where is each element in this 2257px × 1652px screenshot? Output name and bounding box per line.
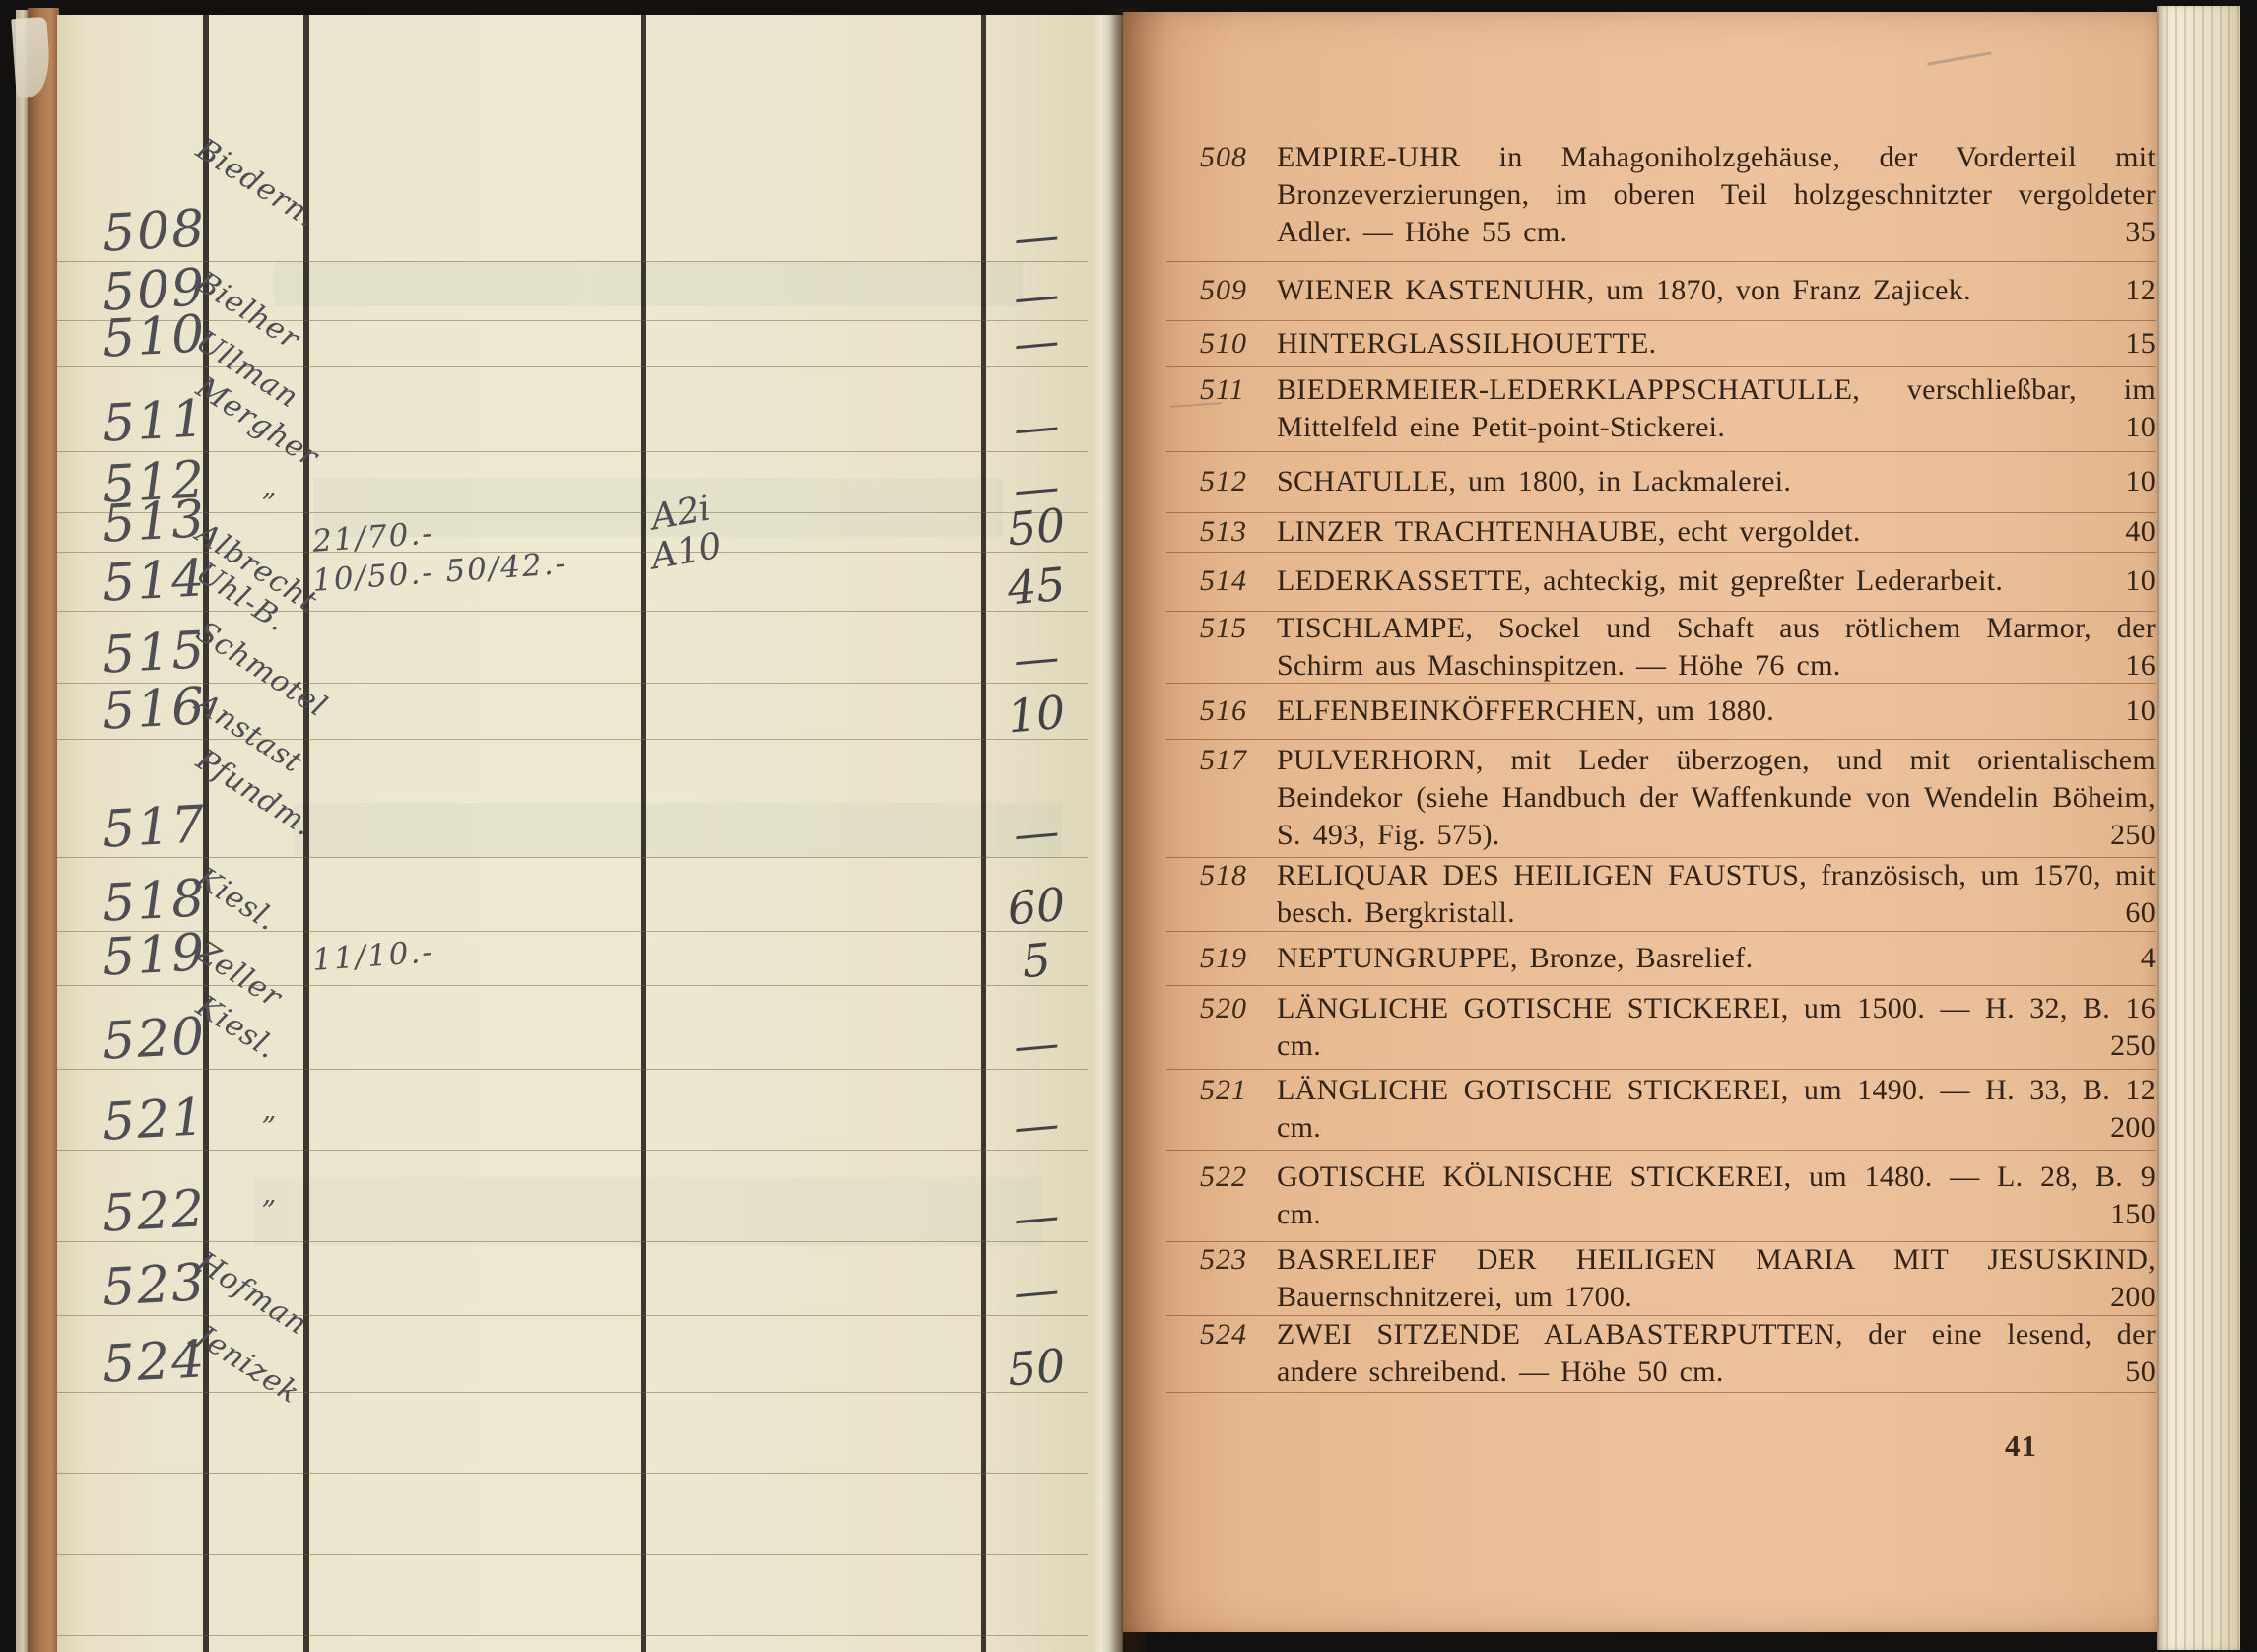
catalog-lot-number: 524 <box>1200 1316 1261 1354</box>
catalog-entry: 517 PULVERHORN, mit Leder überzogen, und… <box>1166 739 2156 858</box>
catalog-entry: 513 LINZER TRACHTENHAUBE, echt vergoldet… <box>1166 512 2156 553</box>
catalog-description-text: LEDERKASSETTE, achteckig, mit gepreßter … <box>1277 564 2003 597</box>
ledger-result-mark: 50 <box>983 500 1090 555</box>
catalog-lot-number: 522 <box>1200 1158 1261 1196</box>
catalog-description-text: LÄNGLICHE GOTISCHE STICKEREI, um 1500. —… <box>1277 992 2156 1062</box>
catalog-entry: 509 WIENER KASTENUHR, um 1870, von Franz… <box>1166 261 2156 321</box>
catalog-description: ELFENBEINKÖFFERCHEN, um 1880.10 <box>1277 693 2156 730</box>
catalog-entry: 510 HINTERGLASSILHOUETTE.15 <box>1166 320 2156 367</box>
catalog-price: 10 <box>2125 562 2156 600</box>
catalog-price: 35 <box>2125 214 2156 251</box>
catalog-lot-number: 521 <box>1200 1072 1261 1109</box>
ledger-result-mark: — <box>983 1264 1090 1318</box>
ledger-ditto-mark: „ <box>262 1177 278 1210</box>
catalog-price: 150 <box>2110 1196 2156 1233</box>
ledger-result-mark: — <box>983 1190 1090 1244</box>
catalog-lot-number: 512 <box>1200 463 1261 500</box>
catalog-description: ZWEI SITZENDE ALABASTERPUTTEN, der eine … <box>1277 1316 2156 1391</box>
catalog-description-text: ELFENBEINKÖFFERCHEN, um 1880. <box>1277 694 1774 727</box>
catalog-entry: 515 TISCHLAMPE, Sockel und Schaft aus rö… <box>1166 611 2156 684</box>
ledger-lot-number: 516 <box>101 681 208 737</box>
catalog-description-text: WIENER KASTENUHR, um 1870, von Franz Zaj… <box>1277 274 1971 306</box>
catalog-lot-number: 519 <box>1200 940 1261 977</box>
ledger-result-mark: — <box>983 806 1090 860</box>
catalog-price: 250 <box>2110 817 2156 854</box>
catalog-lot-number: 508 <box>1200 139 1261 176</box>
catalog-description: SCHATULLE, um 1800, in Lackmalerei.10 <box>1277 463 2156 500</box>
catalog-price: 40 <box>2125 513 2156 551</box>
catalog-price: 60 <box>2125 894 2156 932</box>
ledger-amounts: 11/10.- <box>311 934 435 978</box>
catalog-lot-number: 514 <box>1200 562 1261 600</box>
catalog-description-text: HINTERGLASSILHOUETTE. <box>1277 327 1656 360</box>
catalog-entry: 524 ZWEI SITZENDE ALABASTERPUTTEN, der e… <box>1166 1315 2156 1393</box>
catalog-description: LÄNGLICHE GOTISCHE STICKEREI, um 1500. —… <box>1277 990 2156 1065</box>
catalog-description: LEDERKASSETTE, achteckig, mit gepreßter … <box>1277 562 2156 600</box>
catalog-price: 16 <box>2125 647 2156 685</box>
catalog-description: TISCHLAMPE, Sockel und Schaft aus rötlic… <box>1277 610 2156 685</box>
ledger-row: 523 Hofman — <box>57 1241 1088 1316</box>
catalog-price: 4 <box>2141 940 2156 977</box>
catalog-description-text: TISCHLAMPE, Sockel und Schaft aus rötlic… <box>1277 612 2156 682</box>
catalog-lot-number: 516 <box>1200 693 1261 730</box>
catalog-description-text: EMPIRE-UHR in Mahagoniholzgehäuse, der V… <box>1277 141 2156 248</box>
ledger-lot-number: 515 <box>101 625 208 681</box>
ledger-row: 509 Bielher — <box>57 261 1088 321</box>
ledger-lot-number: 511 <box>101 393 208 449</box>
catalog-page: 508 EMPIRE-UHR in Mahagoniholzgehäuse, d… <box>1123 12 2157 1632</box>
catalog-price: 250 <box>2110 1027 2156 1065</box>
catalog-entry: 516 ELFENBEINKÖFFERCHEN, um 1880.10 <box>1166 683 2156 740</box>
catalog-description: LINZER TRACHTENHAUBE, echt vergoldet.40 <box>1277 513 2156 551</box>
catalog-description-text: GOTISCHE KÖLNISCHE STICKEREI, um 1480. —… <box>1277 1160 2156 1230</box>
catalog-description-text: SCHATULLE, um 1800, in Lackmalerei. <box>1277 465 1791 497</box>
catalog-entry: 522 GOTISCHE KÖLNISCHE STICKEREI, um 148… <box>1166 1150 2156 1242</box>
catalog-description: LÄNGLICHE GOTISCHE STICKEREI, um 1490. —… <box>1277 1072 2156 1147</box>
ledger-name: Biedern. <box>190 132 322 234</box>
catalog-entry: 521 LÄNGLICHE GOTISCHE STICKEREI, um 149… <box>1166 1069 2156 1151</box>
catalog-lot-number: 510 <box>1200 325 1261 363</box>
ledger-name: Pfundm. <box>190 743 320 843</box>
ledger-amounts: 10/50.- 50/42.- <box>311 546 568 599</box>
catalog-entry: 520 LÄNGLICHE GOTISCHE STICKEREI, um 150… <box>1166 985 2156 1070</box>
ledger-lot-number: 523 <box>101 1257 208 1313</box>
catalog-description-text: PULVERHORN, mit Leder überzogen, und mit… <box>1277 744 2156 851</box>
catalog-description: BASRELIEF DER HEILIGEN MARIA MIT JESUSKI… <box>1277 1241 2156 1316</box>
book-cover-edge-sliver <box>16 10 28 1652</box>
catalog-price: 10 <box>2125 409 2156 446</box>
catalog-price: 12 <box>2125 272 2156 309</box>
ledger-ditto-mark: „ <box>262 1093 278 1126</box>
catalog-price: 10 <box>2125 693 2156 730</box>
ledger-result-mark: 45 <box>983 560 1090 614</box>
ledger-result-mark: 10 <box>983 688 1090 742</box>
ledger-empty-row <box>57 1554 1088 1636</box>
ledger-row: 524 Jenizek 50 <box>57 1315 1088 1393</box>
catalog-price: 200 <box>2110 1279 2156 1316</box>
ledger-empty-row <box>57 1392 1088 1474</box>
ledger-row: 510 Ullman — <box>57 320 1088 367</box>
catalog-price: 50 <box>2125 1354 2156 1391</box>
catalog-description: GOTISCHE KÖLNISCHE STICKEREI, um 1480. —… <box>1277 1158 2156 1233</box>
ledger-lot-number: 522 <box>101 1183 208 1239</box>
catalog-entry: 514 LEDERKASSETTE, achteckig, mit gepreß… <box>1166 552 2156 612</box>
ledger-row: 515 Schmotel — <box>57 611 1088 684</box>
catalog-description-text: LÄNGLICHE GOTISCHE STICKEREI, um 1490. —… <box>1277 1074 2156 1144</box>
catalog-description: BIEDERMEIER-LEDERKLAPPSCHATULLE, verschl… <box>1277 371 2156 446</box>
book-spread: 508 Biedern. — 509 Bielher — 510 Ullman … <box>0 0 2257 1652</box>
catalog-entry: 508 EMPIRE-UHR in Mahagoniholzgehäuse, d… <box>1166 128 2156 262</box>
ledger-row: 516 Anstast 10 <box>57 683 1088 740</box>
ledger-lot-number: 519 <box>101 927 208 983</box>
catalog-entry: 523 BASRELIEF DER HEILIGEN MARIA MIT JES… <box>1166 1241 2156 1316</box>
catalog-lot-number: 509 <box>1200 272 1261 309</box>
catalog-description-text: NEPTUNGRUPPE, Bronze, Basrelief. <box>1277 942 1753 974</box>
pencil-scribble <box>1927 51 1992 65</box>
catalog-description-text: LINZER TRACHTENHAUBE, echt vergoldet. <box>1277 515 1861 548</box>
catalog-lot-number: 513 <box>1200 513 1261 551</box>
catalog-lot-number: 515 <box>1200 610 1261 647</box>
catalog-description: WIENER KASTENUHR, um 1870, von Franz Zaj… <box>1277 272 2156 309</box>
catalog-lot-number: 523 <box>1200 1241 1261 1279</box>
ledger-row: 512 „ — <box>57 451 1088 513</box>
ledger-row: 519 Zeller 11/10.- 5 <box>57 931 1088 986</box>
ledger-result-mark: — <box>983 315 1090 369</box>
ledger-row: 513 Albrecht 21/70.- A2i 50 <box>57 512 1088 553</box>
catalog-description: EMPIRE-UHR in Mahagoniholzgehäuse, der V… <box>1277 139 2156 251</box>
catalog-description: PULVERHORN, mit Leder überzogen, und mit… <box>1277 742 2156 854</box>
catalog-entry: 518 RELIQUAR DES HEILIGEN FAUSTUS, franz… <box>1166 857 2156 932</box>
ledger-row: 518 Kiesl. 60 <box>57 857 1088 932</box>
ledger-row: 521 „ — <box>57 1069 1088 1151</box>
catalog-description: NEPTUNGRUPPE, Bronze, Basrelief.4 <box>1277 940 2156 977</box>
ledger-result-mark: 50 <box>983 1341 1090 1395</box>
catalog-description: RELIQUAR DES HEILIGEN FAUSTUS, französis… <box>1277 857 2156 932</box>
ledger-ditto-mark: „ <box>262 470 278 502</box>
catalog-description-text: RELIQUAR DES HEILIGEN FAUSTUS, französis… <box>1277 859 2156 929</box>
book-cover-edge <box>28 8 59 1652</box>
catalog-lot-number: 511 <box>1200 371 1261 409</box>
catalog-lot-number: 518 <box>1200 857 1261 894</box>
ledger-row: 522 „ — <box>57 1150 1088 1242</box>
ledger-result-mark: — <box>983 1098 1090 1153</box>
ledger-lot-number: 510 <box>101 308 208 364</box>
ledger-result-mark: — <box>983 1018 1090 1072</box>
ledger-row: 514 Uhl-B. 10/50.- 50/42.- A10 45 <box>57 552 1088 612</box>
ledger-row: 517 Pfundm. — <box>57 739 1088 858</box>
ledger-empty-row <box>57 1473 1088 1555</box>
ledger-result-mark: — <box>983 400 1090 454</box>
catalog-price: 10 <box>2125 463 2156 500</box>
ledger-row: 511 Mergher — <box>57 366 1088 452</box>
catalog-price: 200 <box>2110 1109 2156 1147</box>
ledger-page: 508 Biedern. — 509 Bielher — 510 Ullman … <box>57 15 1123 1652</box>
catalog-entry: 512 SCHATULLE, um 1800, in Lackmalerei.1… <box>1166 451 2156 513</box>
ledger-result-mark: 5 <box>983 934 1090 988</box>
catalog-description: HINTERGLASSILHOUETTE.15 <box>1277 325 2156 363</box>
ledger-result-mark: 60 <box>983 880 1090 934</box>
catalog-entry: 519 NEPTUNGRUPPE, Bronze, Basrelief.4 <box>1166 931 2156 986</box>
ledger-lot-number: 521 <box>101 1091 208 1148</box>
catalog-lot-number: 517 <box>1200 742 1261 779</box>
ledger-result-mark: — <box>983 631 1090 686</box>
catalog-description-text: BASRELIEF DER HEILIGEN MARIA MIT JESUSKI… <box>1277 1243 2156 1313</box>
catalog-description-text: BIEDERMEIER-LEDERKLAPPSCHATULLE, verschl… <box>1277 373 2156 443</box>
ledger-lot-number: 508 <box>101 203 208 259</box>
ledger-row: 520 Kiesl. — <box>57 985 1088 1070</box>
catalog-description-text: ZWEI SITZENDE ALABASTERPUTTEN, der eine … <box>1277 1318 2156 1388</box>
catalog-price: 15 <box>2125 325 2156 363</box>
stacked-page-edges <box>2157 6 2240 1650</box>
page-number: 41 <box>2005 1428 2037 1464</box>
ledger-lot-number: 517 <box>101 799 208 855</box>
catalog-lot-number: 520 <box>1200 990 1261 1027</box>
ledger-lot-number: 524 <box>101 1334 208 1390</box>
ledger-lot-number: 518 <box>101 873 208 929</box>
ledger-row: 508 Biedern. — <box>57 128 1088 262</box>
catalog-entry: 511 BIEDERMEIER-LEDERKLAPPSCHATULLE, ver… <box>1166 366 2156 452</box>
ledger-result-mark: — <box>983 210 1090 264</box>
